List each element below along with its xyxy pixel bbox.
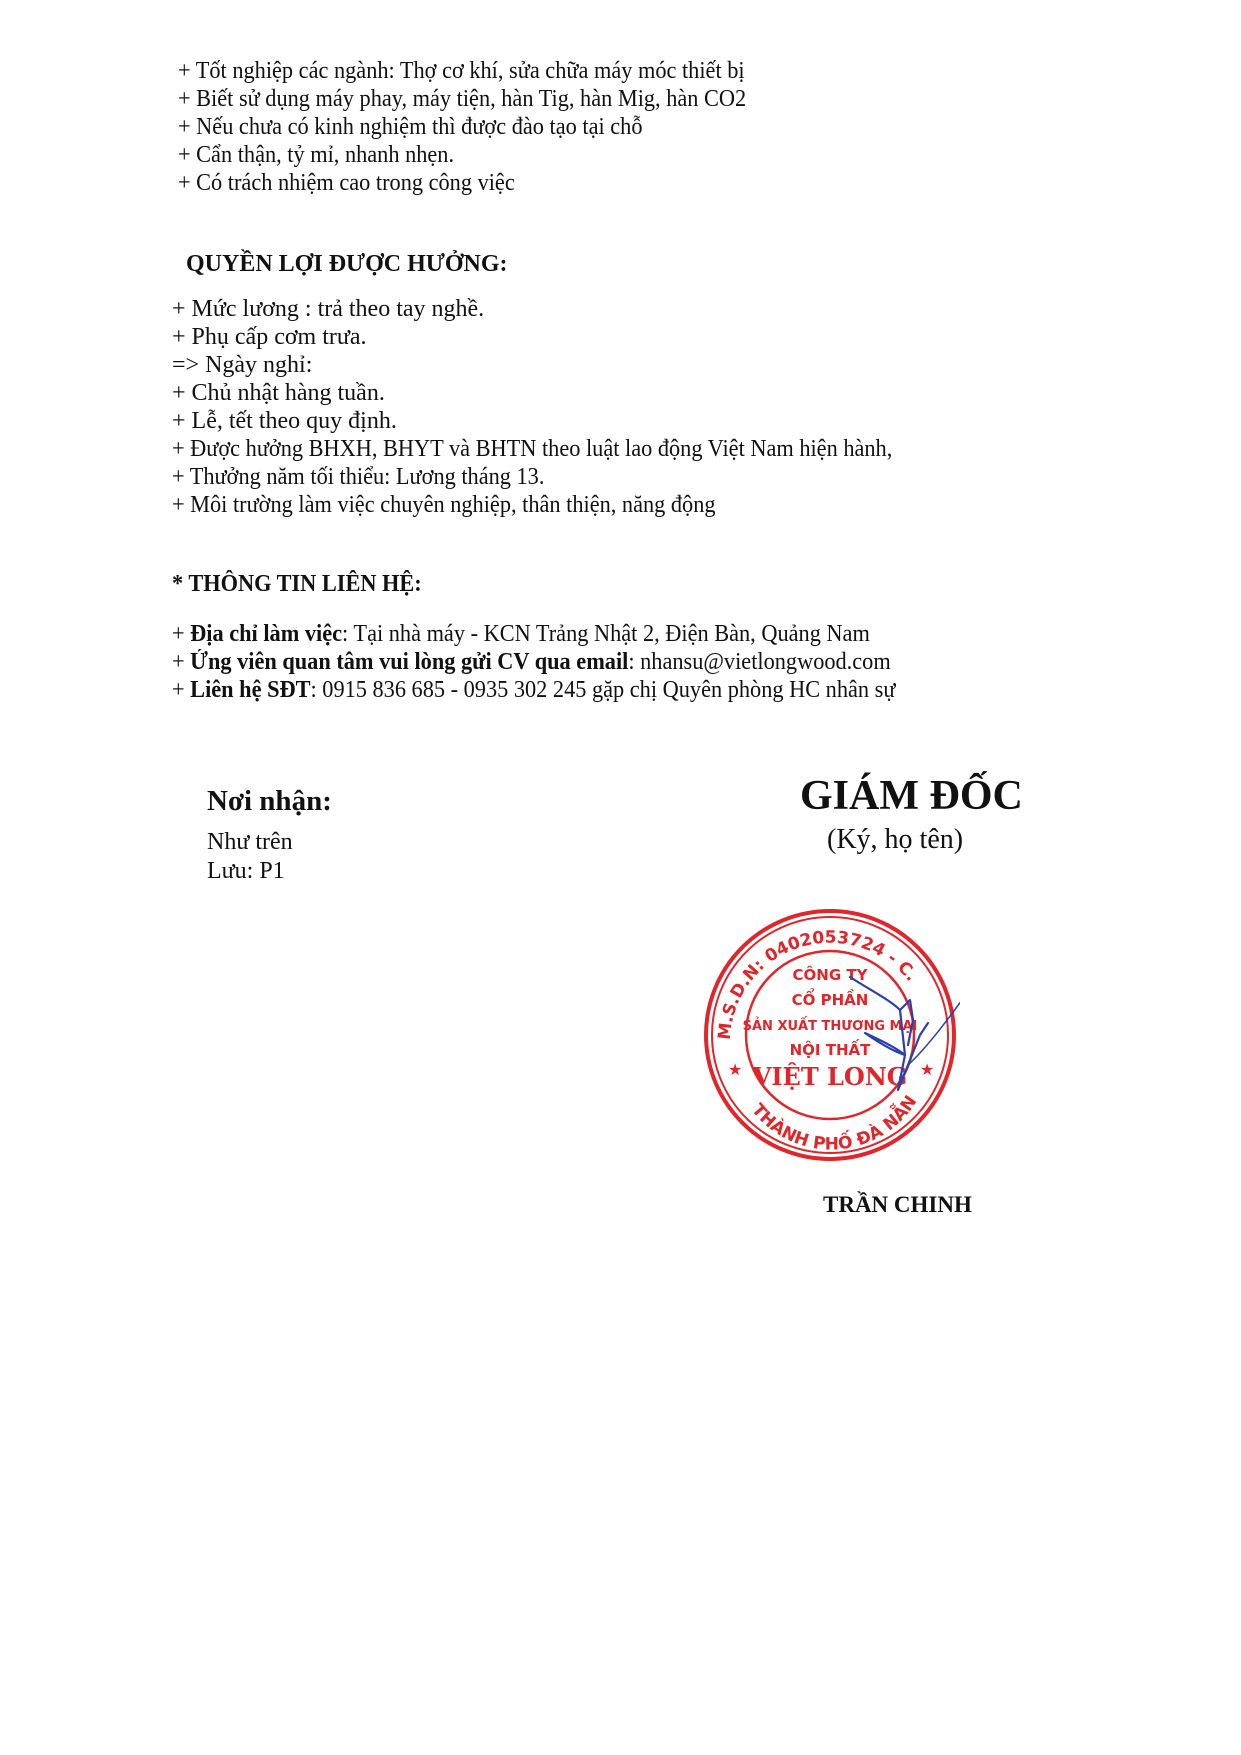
signature-subtitle: (Ký, họ tên) — [827, 824, 963, 856]
contact-email-label: Ứng viên quan tâm vui lòng gửi CV qua em… — [190, 649, 628, 675]
benefit-item: + Mức lương : trả theo tay nghề. — [172, 295, 484, 323]
signer-name: TRẦN CHINH — [823, 1192, 972, 1218]
svg-text:★: ★ — [728, 1060, 742, 1079]
svg-text:★: ★ — [920, 1060, 934, 1079]
requirement-item: + Tốt nghiệp các ngành: Thợ cơ khí, sửa … — [178, 57, 745, 85]
recipient-line: Lưu: P1 — [207, 857, 285, 885]
requirement-item: + Cẩn thận, tỷ mỉ, nhanh nhẹn. — [178, 141, 454, 169]
recipient-line: Như trên — [207, 828, 293, 856]
contact-email-prefix: + — [172, 649, 190, 675]
contact-phone-prefix: + — [172, 677, 190, 703]
benefit-item: + Lễ, tết theo quy định. — [172, 407, 397, 435]
contact-email-value[interactable]: : nhansu@vietlongwood.com — [628, 649, 890, 675]
contact-phone-label: Liên hệ SĐT — [190, 677, 310, 703]
svg-text:CỔ PHẦN: CỔ PHẦN — [792, 987, 869, 1009]
benefits-heading: QUYỀN LỢI ĐƯỢC HƯỞNG: — [186, 250, 508, 278]
contact-address-value: : Tại nhà máy - KCN Trảng Nhật 2, Điện B… — [342, 621, 870, 647]
contact-heading: * THÔNG TIN LIÊN HỆ: — [172, 570, 422, 598]
requirement-item: + Có trách nhiệm cao trong công việc — [178, 169, 515, 197]
benefit-item: + Môi trường làm việc chuyên nghiệp, thâ… — [172, 491, 716, 519]
benefit-item: + Được hưởng BHXH, BHYT và BHTN theo luậ… — [172, 435, 892, 463]
contact-email: + Ứng viên quan tâm vui lòng gửi CV qua … — [172, 648, 891, 676]
svg-text:SẢN XUẤT THƯƠNG MẠI: SẢN XUẤT THƯƠNG MẠI — [743, 1016, 918, 1034]
contact-address-prefix: + — [172, 621, 190, 647]
requirement-item: + Biết sử dụng máy phay, máy tiện, hàn T… — [178, 85, 746, 113]
contact-address: + Địa chỉ làm việc: Tại nhà máy - KCN Tr… — [172, 620, 870, 648]
recipients-title: Nơi nhận: — [207, 785, 332, 817]
company-stamp: M.S.D.N: 0402053724 - C. THÀNH PHỐ ĐÀ NẴ… — [700, 905, 960, 1165]
contact-phone-value: : 0915 836 685 - 0935 302 245 gặp chị Qu… — [310, 677, 895, 703]
benefit-item: + Chủ nhật hàng tuần. — [172, 379, 385, 407]
svg-text:NỘI THẤT: NỘI THẤT — [790, 1038, 872, 1059]
requirement-item: + Nếu chưa có kinh nghiệm thì được đào t… — [178, 113, 642, 141]
benefit-item: + Thưởng năm tối thiểu: Lương tháng 13. — [172, 463, 544, 491]
benefit-item: => Ngày nghỉ: — [172, 351, 312, 379]
svg-text:VIỆT LONG: VIỆT LONG — [752, 1062, 908, 1091]
contact-address-label: Địa chỉ làm việc — [190, 621, 342, 647]
benefit-item: + Phụ cấp cơm trưa. — [172, 323, 367, 351]
contact-phone: + Liên hệ SĐT: 0915 836 685 - 0935 302 2… — [172, 676, 895, 704]
signature-title: GIÁM ĐỐC — [800, 773, 1023, 819]
